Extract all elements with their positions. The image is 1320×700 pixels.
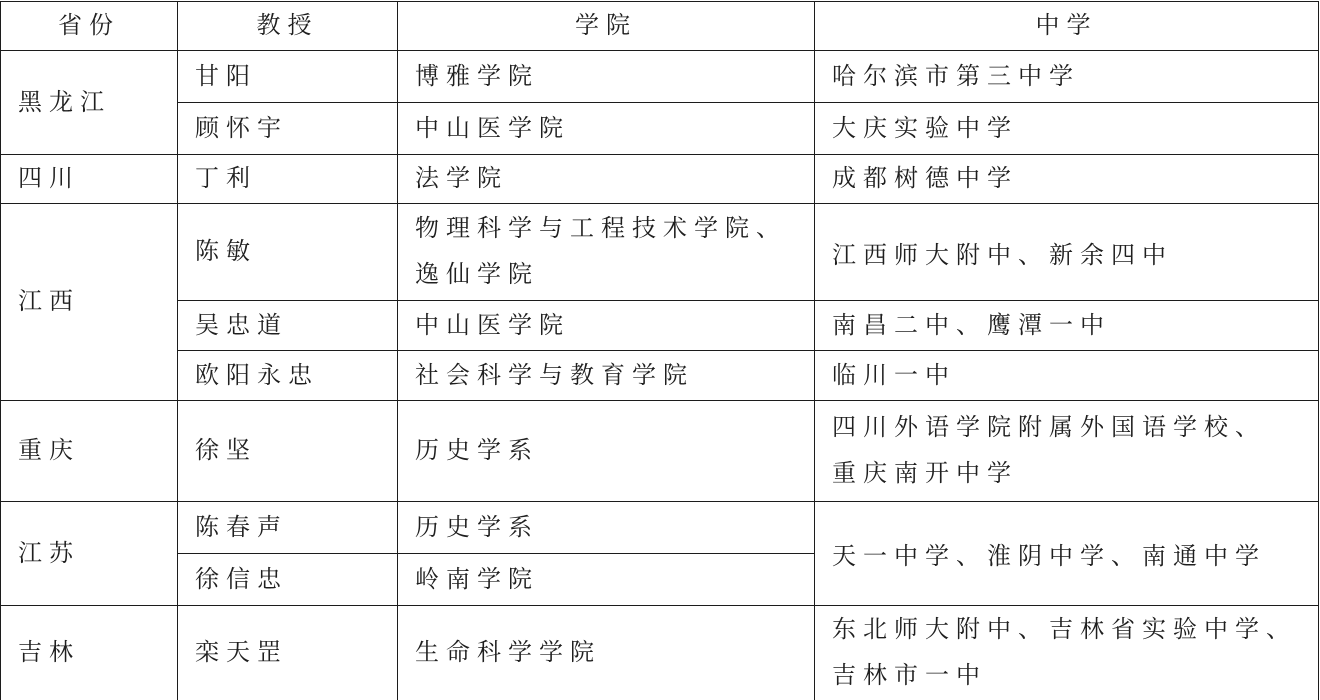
cell-professor: 欧阳永忠	[178, 351, 398, 401]
cell-professor: 栾天罡	[178, 606, 398, 700]
table-row: 江苏 陈春声 历史学系 天一中学、淮阴中学、南通中学	[1, 502, 1319, 554]
header-province: 省份	[1, 2, 178, 51]
cell-school: 成都树德中学	[815, 155, 1319, 204]
cell-college: 法学院	[398, 155, 815, 204]
header-college: 学院	[398, 2, 815, 51]
table-row: 吴忠道 中山医学院 南昌二中、鹰潭一中	[1, 301, 1319, 351]
cell-school: 江西师大附中、新余四中	[815, 204, 1319, 301]
cell-professor: 陈敏	[178, 204, 398, 301]
cell-professor: 丁利	[178, 155, 398, 204]
cell-school: 临川一中	[815, 351, 1319, 401]
cell-school: 东北师大附中、吉林省实验中学、 吉林市一中	[815, 606, 1319, 700]
cell-professor: 徐信忠	[178, 554, 398, 606]
cell-province: 吉林	[1, 606, 178, 700]
cell-college: 历史学系	[398, 401, 815, 502]
table-row: 重庆 徐坚 历史学系 四川外语学院附属外国语学校、 重庆南开中学	[1, 401, 1319, 502]
cell-college: 社会科学与教育学院	[398, 351, 815, 401]
cell-professor: 顾怀宇	[178, 103, 398, 155]
table-row: 顾怀宇 中山医学院 大庆实验中学	[1, 103, 1319, 155]
cell-school: 天一中学、淮阴中学、南通中学	[815, 502, 1319, 606]
table-row: 欧阳永忠 社会科学与教育学院 临川一中	[1, 351, 1319, 401]
table-row: 江西 陈敏 物理科学与工程技术学院、 逸仙学院 江西师大附中、新余四中	[1, 204, 1319, 301]
table-row: 黑龙江 甘阳 博雅学院 哈尔滨市第三中学	[1, 51, 1319, 103]
cell-province: 黑龙江	[1, 51, 178, 155]
cell-college: 历史学系	[398, 502, 815, 554]
document-page: 省份 教授 学院 中学 黑龙江 甘阳 博雅学院 哈尔滨市第三中学 顾怀宇 中山医…	[0, 0, 1320, 700]
table-row: 四川 丁利 法学院 成都树德中学	[1, 155, 1319, 204]
cell-college: 博雅学院	[398, 51, 815, 103]
cell-province: 四川	[1, 155, 178, 204]
cell-school: 四川外语学院附属外国语学校、 重庆南开中学	[815, 401, 1319, 502]
cell-school: 南昌二中、鹰潭一中	[815, 301, 1319, 351]
cell-school: 大庆实验中学	[815, 103, 1319, 155]
cell-province: 江苏	[1, 502, 178, 606]
cell-college: 岭南学院	[398, 554, 815, 606]
cell-professor: 吴忠道	[178, 301, 398, 351]
cell-province: 重庆	[1, 401, 178, 502]
cell-college: 中山医学院	[398, 301, 815, 351]
cell-professor: 甘阳	[178, 51, 398, 103]
cell-professor: 陈春声	[178, 502, 398, 554]
cell-professor: 徐坚	[178, 401, 398, 502]
province-professor-school-table: 省份 教授 学院 中学 黑龙江 甘阳 博雅学院 哈尔滨市第三中学 顾怀宇 中山医…	[0, 1, 1319, 700]
table-row: 吉林 栾天罡 生命科学学院 东北师大附中、吉林省实验中学、 吉林市一中	[1, 606, 1319, 700]
cell-college: 中山医学院	[398, 103, 815, 155]
cell-province: 江西	[1, 204, 178, 401]
cell-school: 哈尔滨市第三中学	[815, 51, 1319, 103]
header-professor: 教授	[178, 2, 398, 51]
header-school: 中学	[815, 2, 1319, 51]
cell-college: 物理科学与工程技术学院、 逸仙学院	[398, 204, 815, 301]
table-header-row: 省份 教授 学院 中学	[1, 2, 1319, 51]
cell-college: 生命科学学院	[398, 606, 815, 700]
